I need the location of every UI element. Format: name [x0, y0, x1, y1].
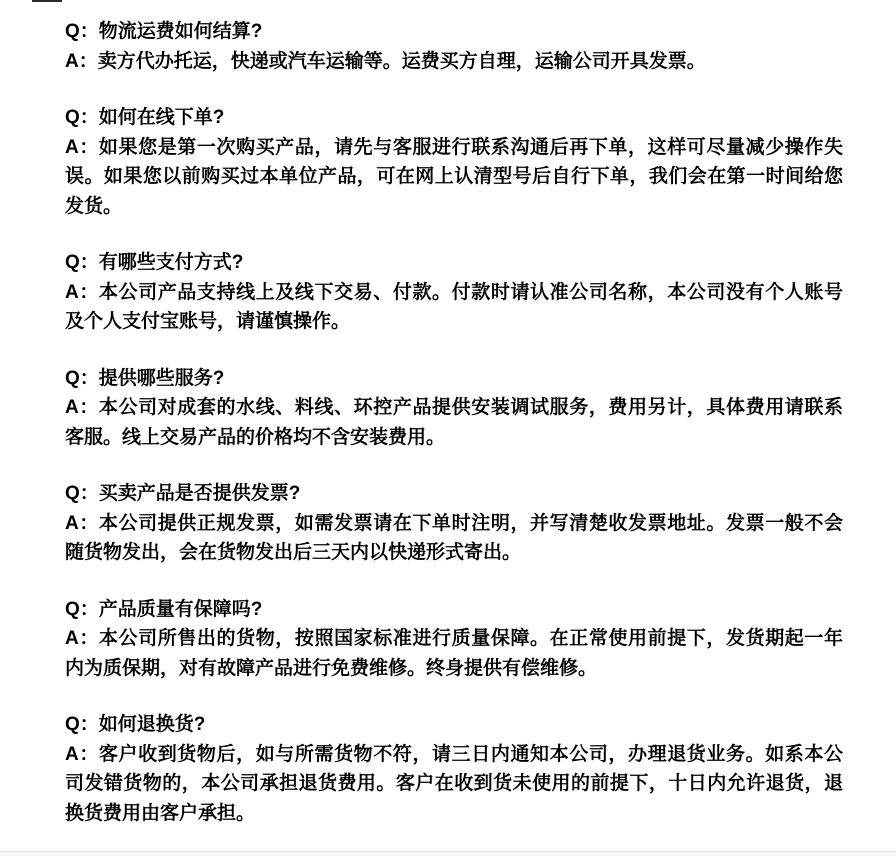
- answer-text: 换货费用由客户承担。: [65, 803, 255, 824]
- answer-text: 本公司产品支持线上及线下交易、付款。付款时请认准公司名称，本公司没有个人账号: [99, 282, 843, 303]
- faq-answer-line: 客服。线上交易产品的价格均不含安装费用。: [65, 423, 843, 453]
- faq-question-line: Q：产品质量有保障吗?: [65, 595, 843, 625]
- faq-answer-line: A：本公司产品支持线上及线下交易、付款。付款时请认准公司名称，本公司没有个人账号: [65, 278, 843, 308]
- faq-document: Q：物流运费如何结算? A：卖方代办托运，快递或汽车运输等。运费买方自理，运输公…: [65, 17, 843, 828]
- cut-off-text-artifact: [32, 0, 62, 2]
- question-text: 买卖产品是否提供发票?: [99, 483, 301, 504]
- faq-answer-line: 内为质保期，对有故障产品进行免费维修。终身提供有偿维修。: [65, 654, 843, 684]
- faq-item-invoice: Q：买卖产品是否提供发票? A：本公司提供正规发票，如需发票请在下单时注明，并写…: [65, 479, 843, 568]
- faq-question-line: Q：提供哪些服务?: [65, 364, 843, 394]
- faq-item-online-order: Q：如何在线下单? A：如果您是第一次购买产品，请先与客服进行联系沟通后再下单，…: [65, 103, 843, 221]
- answer-text: 卖方代办托运，快递或汽车运输等。运费买方自理，运输公司开具发票。: [98, 51, 706, 72]
- faq-answer-line: A：本公司所售出的货物，按照国家标准进行质量保障。在正常使用前提下，发货期起一年: [65, 624, 843, 654]
- faq-answer-line: A：如果您是第一次购买产品，请先与客服进行联系沟通后再下单，这样可尽量减少操作失: [65, 133, 843, 163]
- answer-label: A：: [65, 137, 99, 158]
- faq-answer-line: A：卖方代办托运，快递或汽车运输等。运费买方自理，运输公司开具发票。: [65, 47, 843, 77]
- question-text: 物流运费如何结算?: [99, 21, 263, 42]
- answer-text: 本公司所售出的货物，按照国家标准进行质量保障。在正常使用前提下，发货期起一年: [99, 628, 843, 649]
- faq-answer-line: A：本公司对成套的水线、料线、环控产品提供安装调试服务，费用另计，具体费用请联系: [65, 393, 843, 423]
- question-text: 有哪些支付方式?: [99, 252, 244, 273]
- question-label: Q：: [65, 252, 99, 273]
- answer-text: 本公司对成套的水线、料线、环控产品提供安装调试服务，费用另计，具体费用请联系: [99, 397, 843, 418]
- answer-label: A：: [65, 628, 99, 649]
- faq-answer-line: 换货费用由客户承担。: [65, 799, 843, 829]
- faq-item-quality: Q：产品质量有保障吗? A：本公司所售出的货物，按照国家标准进行质量保障。在正常…: [65, 595, 843, 684]
- faq-question-line: Q：物流运费如何结算?: [65, 17, 843, 47]
- faq-question-line: Q：如何在线下单?: [65, 103, 843, 133]
- faq-question-line: Q：如何退换货?: [65, 710, 843, 740]
- question-label: Q：: [65, 368, 99, 389]
- faq-answer-line: A：本公司提供正规发票，如需发票请在下单时注明，并写清楚收发票地址。发票一般不会: [65, 509, 843, 539]
- faq-item-returns: Q：如何退换货? A：客户收到货物后，如与所需货物不符，请三日内通知本公司，办理…: [65, 710, 843, 828]
- faq-answer-line: 司发错货物的，本公司承担退货费用。客户在收到货未使用的前提下，十日内允许退货，退: [65, 769, 843, 799]
- faq-answer-line: 发货。: [65, 192, 843, 222]
- answer-label: A：: [65, 397, 99, 418]
- question-text: 如何退换货?: [99, 714, 206, 735]
- question-label: Q：: [65, 714, 99, 735]
- faq-answer-line: 随货物发出，会在货物发出后三天内以快递形式寄出。: [65, 538, 843, 568]
- faq-answer-line: 误。如果您以前购买过本单位产品，可在网上认清型号后自行下单，我们会在第一时间给您: [65, 162, 843, 192]
- question-text: 产品质量有保障吗?: [99, 599, 263, 620]
- question-text: 如何在线下单?: [99, 107, 225, 128]
- answer-text: 客服。线上交易产品的价格均不含安装费用。: [65, 427, 445, 448]
- faq-item-payment: Q：有哪些支付方式? A：本公司产品支持线上及线下交易、付款。付款时请认准公司名…: [65, 248, 843, 337]
- answer-text: 误。如果您以前购买过本单位产品，可在网上认清型号后自行下单，我们会在第一时间给您: [65, 166, 843, 187]
- answer-label: A：: [65, 51, 98, 72]
- question-text: 提供哪些服务?: [99, 368, 225, 389]
- question-label: Q：: [65, 21, 99, 42]
- answer-label: A：: [65, 513, 99, 534]
- faq-item-shipping: Q：物流运费如何结算? A：卖方代办托运，快递或汽车运输等。运费买方自理，运输公…: [65, 17, 843, 76]
- answer-text: 如果您是第一次购买产品，请先与客服进行联系沟通后再下单，这样可尽量减少操作失: [99, 137, 843, 158]
- faq-item-services: Q：提供哪些服务? A：本公司对成套的水线、料线、环控产品提供安装调试服务，费用…: [65, 364, 843, 453]
- answer-text: 内为质保期，对有故障产品进行免费维修。终身提供有偿维修。: [65, 658, 597, 679]
- answer-text: 本公司提供正规发票，如需发票请在下单时注明，并写清楚收发票地址。发票一般不会: [99, 513, 843, 534]
- answer-text: 客户收到货物后，如与所需货物不符，请三日内通知本公司，办理退货业务。如系本公: [99, 744, 843, 765]
- answer-label: A：: [65, 744, 99, 765]
- page-bottom-edge: [0, 851, 896, 856]
- faq-answer-line: 及个人支付宝账号，请谨慎操作。: [65, 307, 843, 337]
- answer-text: 随货物发出，会在货物发出后三天内以快递形式寄出。: [65, 542, 521, 563]
- faq-question-line: Q：有哪些支付方式?: [65, 248, 843, 278]
- answer-text: 发货。: [65, 196, 122, 217]
- question-label: Q：: [65, 599, 99, 620]
- question-label: Q：: [65, 483, 99, 504]
- answer-label: A：: [65, 282, 99, 303]
- faq-question-line: Q：买卖产品是否提供发票?: [65, 479, 843, 509]
- answer-text: 及个人支付宝账号，请谨慎操作。: [65, 311, 350, 332]
- answer-text: 司发错货物的，本公司承担退货费用。客户在收到货未使用的前提下，十日内允许退货，退: [65, 773, 843, 794]
- faq-answer-line: A：客户收到货物后，如与所需货物不符，请三日内通知本公司，办理退货业务。如系本公: [65, 740, 843, 770]
- question-label: Q：: [65, 107, 99, 128]
